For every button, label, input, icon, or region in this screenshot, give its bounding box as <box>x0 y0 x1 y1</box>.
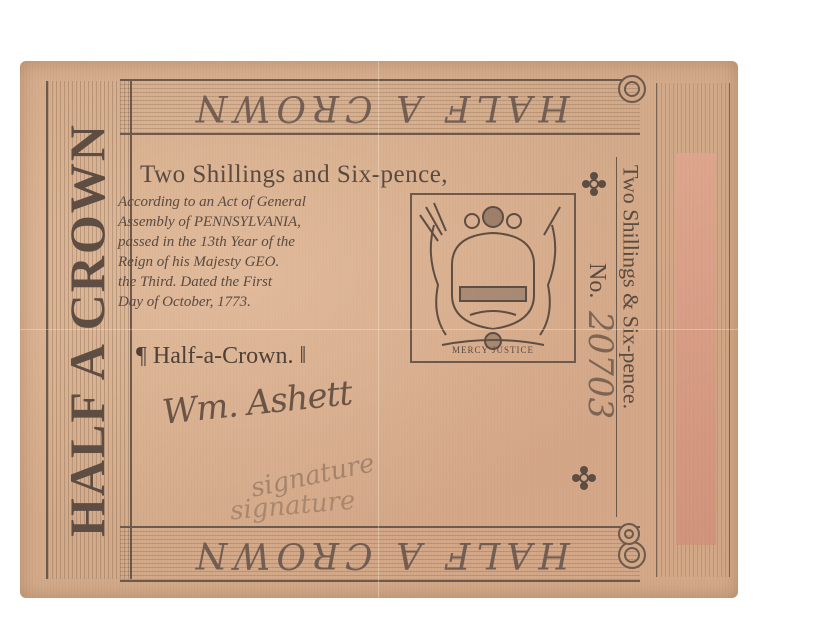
coat-of-arms-icon: MERCY JUSTICE <box>410 193 576 363</box>
colonial-banknote: HALF A CROWN HALF A CROWN HALF A CROWN T… <box>20 61 738 598</box>
serial-label: No. <box>583 263 610 298</box>
paper-crease <box>378 61 379 598</box>
half-crown-line: ¶ Half-a-Crown. ‖ <box>136 343 306 370</box>
top-border-script: HALF A CROWN <box>190 87 570 128</box>
act-line: the Third. Dated the First <box>118 272 408 292</box>
rosette-ornament-icon <box>581 171 607 197</box>
arms-motto: MERCY JUSTICE <box>412 345 574 355</box>
denomination-title: Two Shillings and Six-pence, <box>140 161 448 189</box>
red-tint-panel <box>676 153 716 545</box>
act-line: Day of October, 1773. <box>118 292 408 312</box>
right-vertical-denomination: Two Shillings & Six-pence. <box>616 157 644 517</box>
act-text: According to an Act of General Assembly … <box>118 192 408 312</box>
bottom-border-band: HALF A CROWN <box>120 526 640 582</box>
act-line: Assembly of PENNSYLVANIA, <box>118 212 408 232</box>
bottom-border-script: HALF A CROWN <box>190 534 570 575</box>
rosette-ornament-icon <box>571 465 597 491</box>
serial-number: 20703 <box>580 311 620 419</box>
act-line: passed in the 13th Year of the <box>118 232 408 252</box>
top-border-band: HALF A CROWN <box>120 79 640 135</box>
act-line: According to an Act of General <box>118 192 408 212</box>
left-border-text: HALF A CROWN <box>48 81 126 579</box>
scroll-ornament-icon <box>618 541 646 569</box>
act-line: Reign of his Majesty GEO. <box>118 252 408 272</box>
paper-crease <box>20 329 738 330</box>
scroll-ornament-icon <box>618 523 640 545</box>
scroll-ornament-icon <box>618 75 646 103</box>
